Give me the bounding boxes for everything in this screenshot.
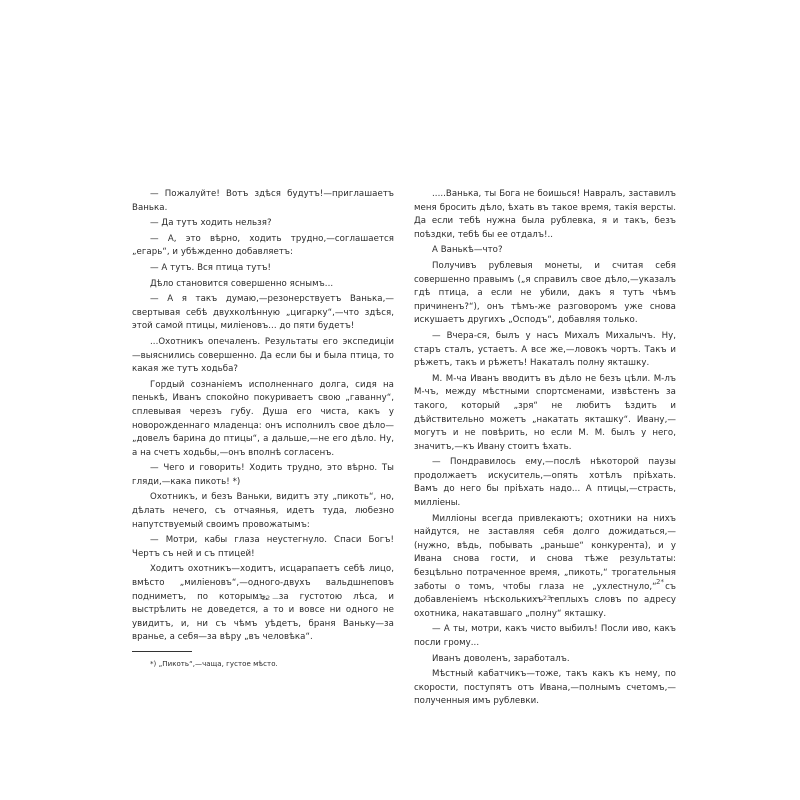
left-page: — Пожалуйте! Вотъ здѣся будутъ!—приглаша… bbox=[132, 188, 394, 676]
paragraph: — Чего и говорить! Ходить трудно, это вѣ… bbox=[132, 462, 394, 489]
paragraph: — А я такъ думаю,—резонерствуетъ Ванька,… bbox=[132, 293, 394, 334]
paragraph: Дѣло становится совершенно яснымъ... bbox=[132, 278, 394, 292]
signature-mark: 2* bbox=[656, 578, 664, 586]
paragraph: — А, это вѣрно, ходить трудно,—соглашает… bbox=[132, 233, 394, 260]
paragraph: Ходитъ охотникъ—ходитъ, исцарапаетъ себѣ… bbox=[132, 563, 394, 645]
book-spread: — Пожалуйте! Вотъ здѣся будутъ!—приглаша… bbox=[0, 0, 800, 800]
paragraph: .....Ванька, ты Бога не боишься! Навралъ… bbox=[414, 188, 676, 242]
footnote: *) „Пикоть“,—чаща, густое мѣсто. bbox=[132, 659, 394, 669]
paragraph: — Пондравилось ему,—послѣ нѣкоторой пауз… bbox=[414, 456, 676, 510]
paragraph: Гордый сознаніемъ исполненнаго долга, си… bbox=[132, 379, 394, 461]
page-number-right: — 23 — bbox=[517, 594, 577, 602]
page-number-left: — 22 — bbox=[236, 594, 296, 602]
paragraph: — А тутъ. Вся птица тутъ! bbox=[132, 262, 394, 276]
paragraph: — Пожалуйте! Вотъ здѣся будутъ!—приглаша… bbox=[132, 188, 394, 215]
paragraph: Мѣстный кабатчикъ—тоже, такъ какъ къ нем… bbox=[414, 668, 676, 709]
paragraph: Иванъ доволенъ, заработалъ. bbox=[414, 653, 676, 667]
paragraph: А Ванькѣ—что? bbox=[414, 244, 676, 258]
paragraph: Милліоны всегда привлекаютъ; охотники на… bbox=[414, 513, 676, 622]
footnote-rule bbox=[132, 651, 192, 652]
right-page: .....Ванька, ты Бога не боишься! Навралъ… bbox=[414, 188, 676, 711]
paragraph: Получивъ рублевыя монеты, и считая себя … bbox=[414, 260, 676, 328]
paragraph: М. М-ча Иванъ вводитъ въ дѣло не безъ цѣ… bbox=[414, 373, 676, 455]
paragraph: — Вчера-ся, былъ у насъ Михалъ Михалычъ.… bbox=[414, 330, 676, 371]
paragraph: ...Охотникъ опечаленъ. Результаты его эк… bbox=[132, 336, 394, 377]
paragraph: — Да тутъ ходить нельзя? bbox=[132, 217, 394, 231]
paragraph: — А ты, мотри, какъ чисто выбилъ! Посли … bbox=[414, 623, 676, 650]
paragraph: — Мотри, кабы глаза неустегнуло. Спаси Б… bbox=[132, 534, 394, 561]
paragraph: Охотникъ, и безъ Ваньки, видитъ эту „пик… bbox=[132, 491, 394, 532]
